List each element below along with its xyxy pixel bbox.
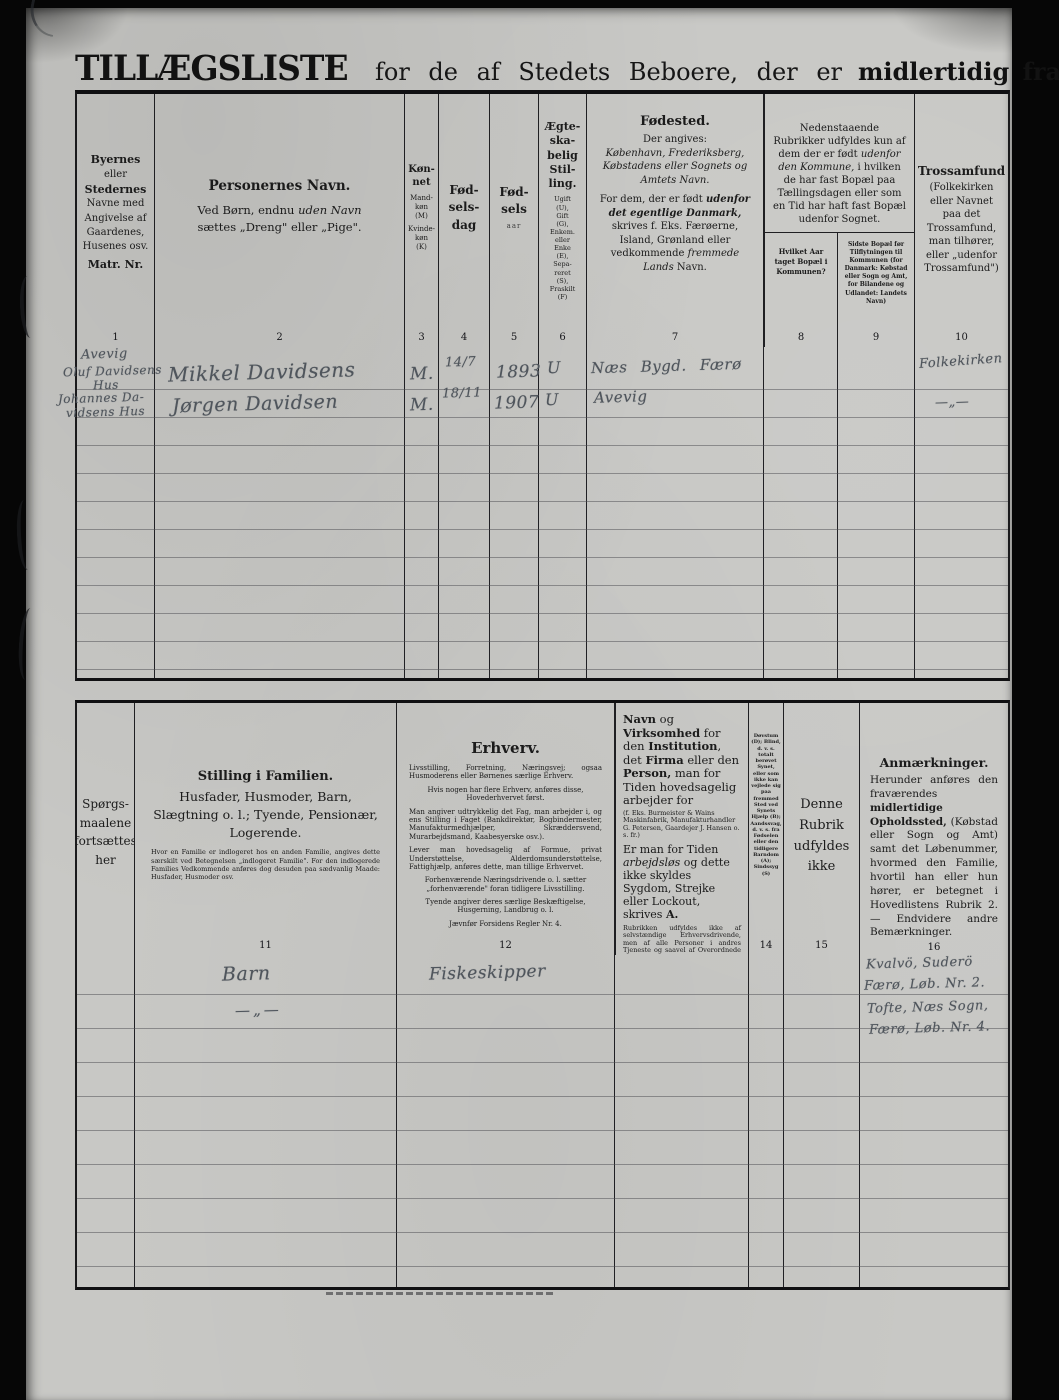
t1-r2-birthplace: Avevig (594, 387, 648, 406)
col13-header-employer: Navn og Virksomhed for den Institution, … (615, 703, 749, 955)
table2-body: Barn Fiskeskipper Kvalvö, Suderö Færø, L… (77, 955, 1008, 1287)
col8-subheader-year-moved: Hvilket Aar taget Bopæl i Kommunen? 8 (765, 233, 838, 347)
t1-r1-marital-status: U (547, 358, 562, 377)
col3-header-sex: Køn- net Mand- køn (M) Kvinde- køn (K) 3 (405, 94, 439, 347)
col5-number: 5 (511, 330, 517, 347)
col12-number: 12 (499, 938, 512, 955)
col8-9-group-header: Nedenstaaende Rubrikker udfyldes kun af … (764, 94, 915, 347)
binding-mark (15, 500, 37, 571)
col9-subheader-last-residence: Sidste Bopæl før Tilflytningen til Kommu… (838, 233, 914, 347)
col16-number: 16 (928, 940, 941, 955)
col3-number: 3 (418, 330, 424, 347)
questions-continued-table: Spørgs- maalene fortsættes her Stilling … (75, 700, 1010, 1290)
col11-header-family-position: Stilling i Familien. Husfader, Husmoder,… (135, 703, 397, 955)
col11-number: 11 (259, 938, 272, 955)
t1-r2-birthyear: 1907 (494, 392, 540, 413)
col10-header-religion: Trossamfund (Folkekirken eller Navnet pa… (915, 94, 1008, 347)
col5-header-birthyear: Fød- sels aar 5 (490, 94, 539, 347)
table2-header: Spørgs- maalene fortsættes her Stilling … (77, 703, 1008, 955)
table1-header: Byernes eller Stedernes Navne med Angive… (77, 94, 1008, 347)
handwritten-corner-mark (25, 0, 61, 37)
page-title: TILLÆGSLISTE for de af Stedets Beboere, … (75, 48, 1010, 89)
col12-header-occupation: Erhverv. Livsstilling, Forretning, Nærin… (397, 703, 615, 955)
col9-number: 9 (873, 330, 879, 347)
t1-r1-birthday: 14/7 (445, 355, 477, 371)
col1-header-place: Byernes eller Stedernes Navne med Angive… (77, 94, 155, 347)
col8-number: 8 (798, 330, 804, 347)
binding-mark (17, 607, 40, 680)
col6-header-marital: Ægte- ska- belig Stil- ling. Ugift (U), … (539, 94, 587, 347)
left-note-questions-continue: Spørgs- maalene fortsættes her (77, 703, 135, 955)
t1-r1-birthyear: 1893 (496, 361, 542, 382)
t1-r2-name: Jørgen Davidsen (172, 391, 339, 418)
t2-r1-remark-line1: Kvalvö, Suderö (866, 955, 973, 973)
t1-r2-sex: M. (410, 395, 434, 416)
binding-mark (18, 276, 39, 339)
t1-r1-place-line1: Avevig (81, 346, 128, 362)
t1-r2-birthday: 18/11 (442, 385, 482, 401)
col7-header-birthplace: Fødested. Der angives: København, Freder… (587, 94, 764, 347)
t1-r2-place-line2: vidsens Hus (66, 404, 145, 420)
title-tail: midlertidig fraværende. (858, 57, 1059, 86)
t1-r1-sex: M. (410, 364, 434, 385)
absent-persons-table: Byernes eller Stedernes Navne med Angive… (75, 90, 1010, 681)
t2-r2-family-position: —„— (235, 1000, 282, 1019)
col10-number: 10 (955, 330, 968, 347)
col14-header-disabilities: Døvstum (D); Blind, d. v. s. totalt berø… (749, 703, 784, 955)
printer-imprint (326, 1292, 556, 1295)
col15-header-not-filled: Denne Rubrik udfyldes ikke 15 (784, 703, 860, 955)
col15-number: 15 (815, 938, 828, 955)
t2-r1-occupation: Fiskeskipper (429, 961, 546, 984)
paper-sheet: TILLÆGSLISTE for de af Stedets Beboere, … (26, 8, 1012, 1400)
t1-r2-marital-status: U (545, 390, 560, 409)
col2-number: 2 (276, 330, 282, 347)
col6-number: 6 (559, 330, 565, 347)
t1-r2-religion: —„— (935, 395, 970, 411)
title-main: TILLÆGSLISTE (75, 48, 348, 89)
col7-number: 7 (672, 330, 678, 347)
scanned-census-form: TILLÆGSLISTE for de af Stedets Beboere, … (0, 0, 1059, 1400)
table1-body: Avevig Oluf Davidsens Hus Mikkel Davidse… (77, 347, 1008, 678)
col14-number: 14 (760, 938, 773, 955)
col4-number: 4 (461, 330, 467, 347)
col16-header-remarks: Anmærkninger. Herunder anføres den fravæ… (860, 703, 1008, 955)
col4-header-birthday: Fød- sels- dag 4 (439, 94, 490, 347)
col2-header-name: Personernes Navn. Ved Børn, endnu uden N… (155, 94, 405, 347)
t2-r1-family-position: Barn (222, 962, 271, 985)
col1-number: 1 (112, 330, 118, 347)
title-mid: for de af Stedets Beboere, der er (375, 58, 842, 86)
